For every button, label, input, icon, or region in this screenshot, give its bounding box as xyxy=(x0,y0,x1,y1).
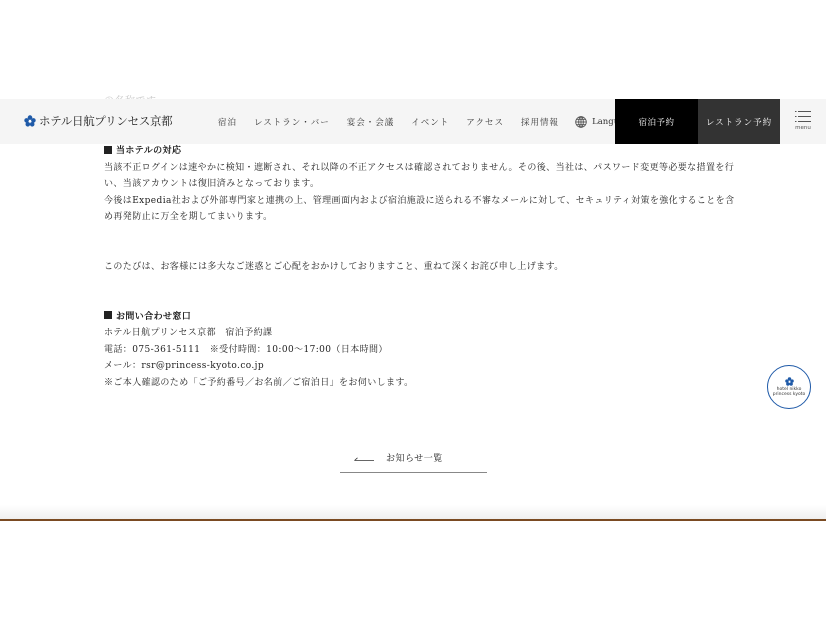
flower-logo-icon xyxy=(785,377,794,386)
menu-label: menu xyxy=(795,125,811,131)
apology-text: このたびは、お客様には多大なご迷惑とご心配をおかけしておりますこと、重ねて深くお… xyxy=(104,259,724,276)
contact-dept: ホテル日航プリンセス京都 宿泊予約課 xyxy=(104,325,724,342)
nav-item-stay[interactable]: 宿泊 xyxy=(218,116,237,128)
left-arrow-icon xyxy=(354,457,374,461)
back-link-label: お知らせ一覧 xyxy=(386,451,443,464)
notice-body: 当ホテルの対応 当該不正ログインは速やかに検知・遮断され、それ以降の不正アクセス… xyxy=(104,143,724,392)
section-heading-hotel-response: 当ホテルの対応 xyxy=(104,143,724,160)
nav-item-event[interactable]: イベント xyxy=(411,116,449,128)
footer-shadow xyxy=(0,505,826,519)
globe-icon xyxy=(575,116,587,128)
hotel-logo[interactable]: ホテル日航プリンセス京都 xyxy=(24,113,172,129)
paragraph-line: め再発防止に万全を期してまいります。 xyxy=(104,209,724,226)
footer-divider xyxy=(0,519,826,521)
square-bullet-icon xyxy=(104,146,112,154)
paragraph-line: 今後はExpedia社および外部専門家と連携の上、管理画面内および宿泊施設に送ら… xyxy=(104,193,724,210)
nav-item-recruit[interactable]: 採用情報 xyxy=(521,116,559,128)
nav-item-restaurant-bar[interactable]: レストラン・バー xyxy=(254,116,330,128)
contact-phone: 電話：075-361-5111 ※受付時間：10:00〜17:00（日本時間） xyxy=(104,342,724,359)
site-header: ホテル日航プリンセス京都 宿泊 レストラン・バー 宴会・会議 イベント アクセス… xyxy=(0,99,826,144)
contact-note: ※ご本人確認のため「ご予約番号／お名前／ご宿泊日」をお伺いします。 xyxy=(104,375,724,392)
hamburger-menu-icon xyxy=(795,110,811,123)
badge-text: hotel nikko princess kyoto xyxy=(773,387,806,397)
book-stay-button[interactable]: 宿泊予約 xyxy=(615,99,698,144)
flower-logo-icon xyxy=(24,115,36,127)
book-restaurant-button[interactable]: レストラン予約 xyxy=(698,99,780,144)
nav-item-banquet-meeting[interactable]: 宴会・会議 xyxy=(347,116,395,128)
back-to-news-list-link[interactable]: お知らせ一覧 xyxy=(340,450,487,473)
square-bullet-icon xyxy=(104,311,112,319)
main-nav: 宿泊 レストラン・バー 宴会・会議 イベント アクセス 採用情報 Languag… xyxy=(218,99,635,144)
logo-text: ホテル日航プリンセス京都 xyxy=(39,113,172,129)
contact-email: メール：rsr@princess-kyoto.co.jp xyxy=(104,358,724,375)
paragraph-line: 当該不正ログインは速やかに検知・遮断され、それ以降の不正アクセスは確認されており… xyxy=(104,160,724,177)
menu-button[interactable]: menu xyxy=(790,110,816,138)
nav-item-access[interactable]: アクセス xyxy=(466,116,504,128)
paragraph-line: い、当該アカウントは復旧済みとなっております。 xyxy=(104,176,724,193)
hotel-nikko-badge[interactable]: hotel nikko princess kyoto xyxy=(767,365,811,409)
section-heading-contact: お問い合わせ窓口 xyxy=(104,309,724,326)
